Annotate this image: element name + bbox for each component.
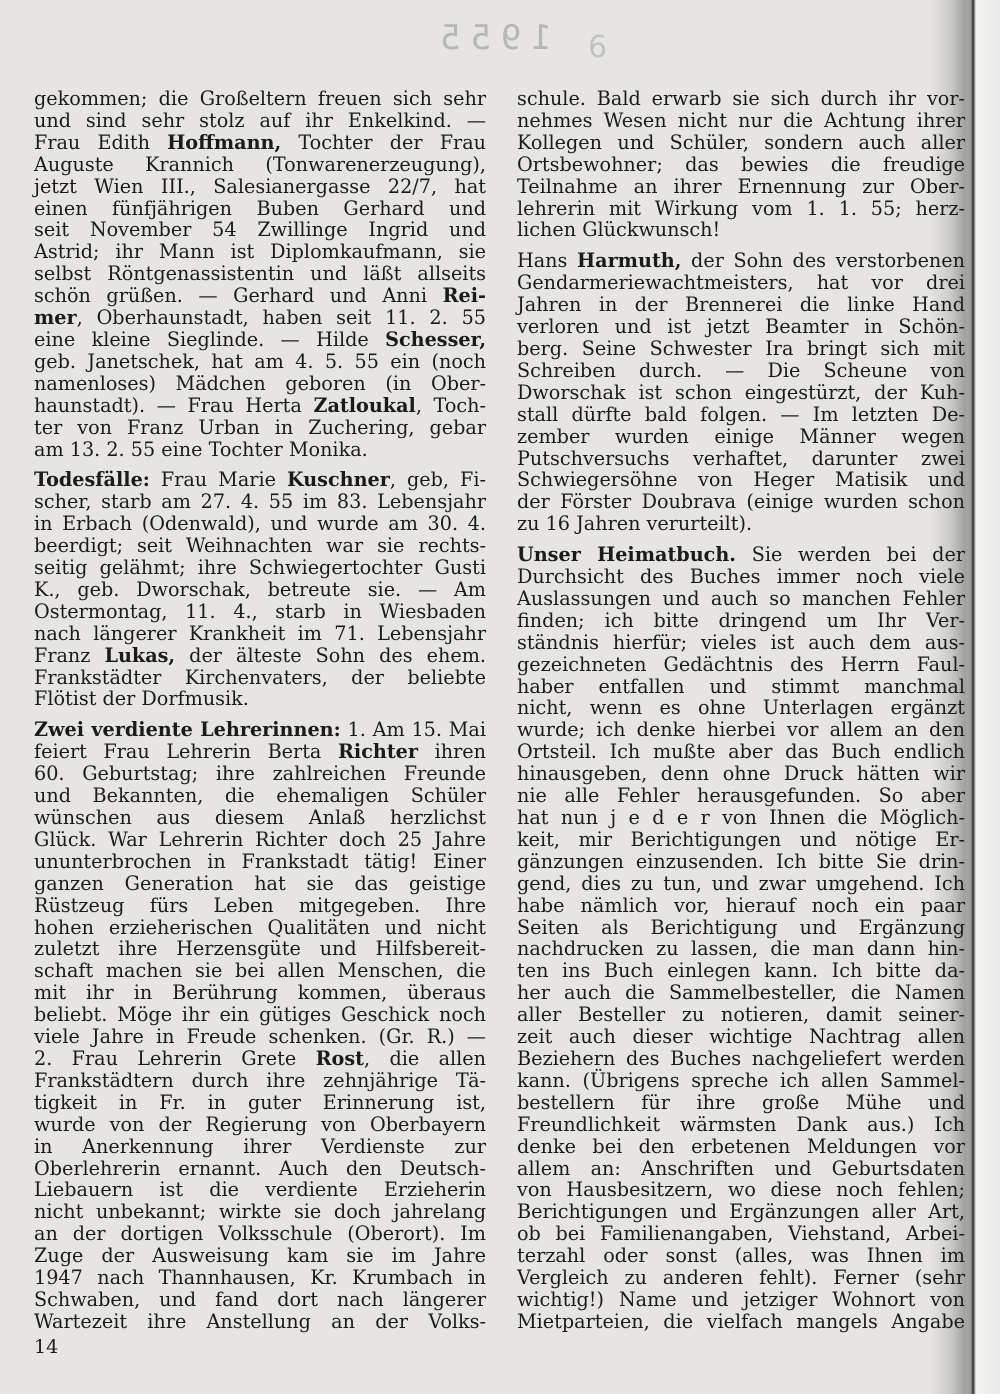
right-column: schule. Bald erwarb sie sich durch ihr v… bbox=[517, 88, 965, 1342]
text-line: habe nämlich vor, hierauf noch ein paar bbox=[517, 895, 965, 917]
text-line: stall dürfte bald folgen. — Im letzten D… bbox=[517, 404, 965, 426]
text-line: zuletzt ihre Herzensgüte und Hilfsbereit… bbox=[34, 938, 486, 960]
text-line: Berichtigungen und Ergänzungen aller Art… bbox=[517, 1201, 965, 1223]
bold-name: Richter bbox=[338, 740, 418, 763]
text-line: Seiten als Berichtigung und Ergänzung bbox=[517, 917, 965, 939]
left-column: gekommen; die Großeltern freuen sich seh… bbox=[34, 88, 486, 1342]
text-line: Dworschak ist schon eingestürzt, der Kuh… bbox=[517, 382, 965, 404]
text-line: K., geb. Dworschak, betreute sie. — Am bbox=[34, 579, 486, 601]
text-line: Unser Heimatbuch. Sie werden bei der bbox=[517, 544, 965, 566]
text-line: terzahl oder sonst (alles, was Ihnen im bbox=[517, 1245, 965, 1267]
text-line: namenloses) Mädchen geboren (in Ober- bbox=[34, 373, 486, 395]
text-line: Liebauern ist die verdiente Erzieherin bbox=[34, 1179, 486, 1201]
text-line: gänzungen einzusenden. Ich bitte Sie dri… bbox=[517, 851, 965, 873]
text-line: nach längerer Krankheit im 71. Lebensjah… bbox=[34, 623, 486, 645]
text-line: Putschversuchs verhaftet, darunter zwei bbox=[517, 448, 965, 470]
text-line: wurde von der Regierung von Oberbayern bbox=[34, 1114, 486, 1136]
text-line: gekommen; die Großeltern freuen sich seh… bbox=[34, 88, 486, 110]
text-line: Gendarmeriewachtmeisters, hat vor drei bbox=[517, 272, 965, 294]
text-line: 60. Geburtstag; ihre zahlreichen Freunde bbox=[34, 763, 486, 785]
text-line: Ortsbewohner; das bewies die freudige bbox=[517, 154, 965, 176]
bold-name: Harmuth, bbox=[577, 249, 681, 272]
text-line: Astrid; ihr Mann ist Diplomkaufmann, sie bbox=[34, 241, 486, 263]
text-line: nehmes Wesen nicht nur die Achtung ihrer bbox=[517, 110, 965, 132]
text-line: Beziehern des Buches nachgeliefert werde… bbox=[517, 1048, 965, 1070]
text-line: Auslassungen und auch so manchen Fehler bbox=[517, 588, 965, 610]
text-line: hohen erzieherischen Qualitäten und nich… bbox=[34, 917, 486, 939]
text-line: hinausgeben, denn ohne Druck hätten wir bbox=[517, 763, 965, 785]
document-page: 1955 6 gekommen; die Großeltern freuen s… bbox=[0, 0, 1000, 1394]
text-line: 1947 nach Thannhausen, Kr. Krumbach in bbox=[34, 1267, 486, 1289]
text-line: Frau Edith Hoffmann, Tochter der Frau bbox=[34, 132, 486, 154]
paragraph: gekommen; die Großeltern freuen sich seh… bbox=[34, 88, 486, 460]
text-line: Kollegen und Schüler, sondern auch aller bbox=[517, 132, 965, 154]
bold-name: Schesser, bbox=[385, 328, 486, 351]
text-line: lichen Glückwunsch! bbox=[517, 219, 965, 241]
bold-name: Unser Heimatbuch. bbox=[517, 543, 736, 566]
text-line: her auch die Sammelbesteller, die Namen bbox=[517, 982, 965, 1004]
text-line: seitig gelähmt; ihre Schwiegertochter Gu… bbox=[34, 557, 486, 579]
text-line: zu 16 Jahren verurteilt). bbox=[517, 513, 965, 535]
text-line: ter von Franz Urban in Zuchering, gebar bbox=[34, 417, 486, 439]
text-line: der Förster Doubrava (einige wurden scho… bbox=[517, 491, 965, 513]
text-line: bestellern für ihre große Mühe und bbox=[517, 1092, 965, 1114]
text-line: von Hausbesitzern, wo diese noch fehlen; bbox=[517, 1179, 965, 1201]
paragraph: schule. Bald erwarb sie sich durch ihr v… bbox=[517, 88, 965, 241]
text-line: wichtig!) Name und jetziger Wohnort von bbox=[517, 1289, 965, 1311]
text-line: Ortsteil. Ich mußte aber das Buch endlic… bbox=[517, 741, 965, 763]
text-line: finden; ich bitte dringend um Ihr Ver- bbox=[517, 610, 965, 632]
text-line: wünschen aus diesem Anlaß herzlichst bbox=[34, 807, 486, 829]
bold-name: Zatloukal bbox=[313, 394, 415, 417]
bold-name: Rost bbox=[316, 1047, 364, 1070]
text-line: ten ins Buch einlegen kann. Ich bitte da… bbox=[517, 960, 965, 982]
text-line: nie alle Fehler herausgefunden. So aber bbox=[517, 785, 965, 807]
text-line: Frankstädter Kirchenvaters, der beliebte bbox=[34, 667, 486, 689]
bold-name: Lukas, bbox=[104, 644, 175, 667]
text-line: Mietparteien, die vielfach mangels Angab… bbox=[517, 1311, 965, 1333]
text-line: nicht unbekannt; wirkte sie doch jahrela… bbox=[34, 1201, 486, 1223]
text-line: Wartezeit ihre Anstellung an der Volks- bbox=[34, 1311, 486, 1333]
text-line: zeit auch dieser wichtige Nachtrag allen bbox=[517, 1026, 965, 1048]
text-line: Teilnahme an ihrer Ernennung zur Ober- bbox=[517, 176, 965, 198]
text-line: Rüstzeug fürs Leben mitgegeben. Ihre bbox=[34, 895, 486, 917]
text-line: Flötist der Dorfmusik. bbox=[34, 688, 486, 710]
text-line: denke bei den erbetenen Meldungen vor bbox=[517, 1136, 965, 1158]
text-line: Schwaben, und fand dort nach längerer bbox=[34, 1289, 486, 1311]
section-paragraph: Todesfälle: Frau Marie Kuschner, geb, Fi… bbox=[34, 469, 486, 710]
text-line: eine kleine Sieglinde. — Hilde Schesser, bbox=[34, 329, 486, 351]
text-line: allem an: Anschriften und Geburtsdaten bbox=[517, 1158, 965, 1180]
paragraph: Hans Harmuth, der Sohn des verstorbenenG… bbox=[517, 250, 965, 535]
bold-name: Zwei verdiente Lehrerinnen: bbox=[34, 718, 341, 741]
text-line: Glück. War Lehrerin Richter doch 25 Jahr… bbox=[34, 829, 486, 851]
text-line: ununterbrochen in Frankstadt tätig! Eine… bbox=[34, 851, 486, 873]
text-line: seit November 54 Zwillinge Ingrid und bbox=[34, 219, 486, 241]
text-line: nicht, wenn es ohne Unterlagen ergänzt bbox=[517, 697, 965, 719]
text-line: und sind sehr stolz auf ihr Enkelkind. — bbox=[34, 110, 486, 132]
year-stamp: 1955 bbox=[430, 18, 552, 58]
text-line: 2. Frau Lehrerin Grete Rost, die allen bbox=[34, 1048, 486, 1070]
section-paragraph: Unser Heimatbuch. Sie werden bei derDurc… bbox=[517, 544, 965, 1333]
text-line: selbst Röntgenassistentin und läßt allse… bbox=[34, 263, 486, 285]
text-line: haber entfallen und stimmt manchmal bbox=[517, 676, 965, 698]
text-line: Ostermontag, 11. 4., starb in Wiesbaden bbox=[34, 601, 486, 623]
text-line: an der dortigen Volksschule (Oberort). I… bbox=[34, 1223, 486, 1245]
text-line: gezeichneten Gedächtnis des Herrn Faul- bbox=[517, 654, 965, 676]
text-line: jetzt Wien III., Salesianergasse 22/7, h… bbox=[34, 176, 486, 198]
page-binding-edge bbox=[965, 0, 1000, 1394]
bold-name: Rei- bbox=[443, 284, 486, 307]
text-line: Oberlehrerin ernannt. Auch den Deutsch- bbox=[34, 1158, 486, 1180]
text-line: viele Jahre in Freude schenken. (Gr. R.)… bbox=[34, 1026, 486, 1048]
text-line: Zuge der Ausweisung kam sie im Jahre bbox=[34, 1245, 486, 1267]
text-line: hat nun j e d e r von Ihnen die Möglich- bbox=[517, 807, 965, 829]
text-line: und Bekannten, die ehemaligen Schüler bbox=[34, 785, 486, 807]
number-stamp: 6 bbox=[588, 30, 607, 65]
text-line: berg. Seine Schwester Ira bringt sich mi… bbox=[517, 338, 965, 360]
text-line: Hans Harmuth, der Sohn des verstorbenen bbox=[517, 250, 965, 272]
text-line: Todesfälle: Frau Marie Kuschner, geb, Fi… bbox=[34, 469, 486, 491]
text-line: tigkeit in Fr. in guter Erinnerung ist, bbox=[34, 1092, 486, 1114]
text-line: in Anerkennung ihrer Verdienste zur bbox=[34, 1136, 486, 1158]
text-line: mer, Oberhaunstadt, haben seit 11. 2. 55 bbox=[34, 307, 486, 329]
page-number: 14 bbox=[34, 1336, 58, 1358]
text-line: kann. (Übrigens spreche ich allen Sammel… bbox=[517, 1070, 965, 1092]
text-line: Franz Lukas, der älteste Sohn des ehem. bbox=[34, 645, 486, 667]
text-line: Vergleich zu anderen fehlt). Ferner (seh… bbox=[517, 1267, 965, 1289]
text-line: Frankstädtern durch ihre zehnjährige Tä- bbox=[34, 1070, 486, 1092]
text-line: Schreiben durch. — Die Scheune von bbox=[517, 360, 965, 382]
text-line: scher, starb am 27. 4. 55 im 83. Lebensj… bbox=[34, 491, 486, 513]
text-line: Schwiegersöhne von Heger Matisik und bbox=[517, 469, 965, 491]
text-line: beliebt. Möge ihr ein gütiges Geschick n… bbox=[34, 1004, 486, 1026]
text-line: ständnis hierfür; vieles ist auch dem au… bbox=[517, 632, 965, 654]
text-line: keit, mir Berichtigungen und nötige Er- bbox=[517, 829, 965, 851]
text-line: in Erbach (Odenwald), und wurde am 30. 4… bbox=[34, 513, 486, 535]
text-line: feiert Frau Lehrerin Berta Richter ihren bbox=[34, 741, 486, 763]
text-line: ob bei Familienangaben, Viehstand, Arbei… bbox=[517, 1223, 965, 1245]
text-line: lehrerin mit Wirkung vom 1. 1. 55; herz- bbox=[517, 198, 965, 220]
text-line: wurde; ich denke hierbei vor allem an de… bbox=[517, 719, 965, 741]
bold-name: Hoffmann, bbox=[167, 131, 281, 154]
text-line: schaft machen sie bei allen Menschen, di… bbox=[34, 960, 486, 982]
section-paragraph: Zwei verdiente Lehrerinnen: 1. Am 15. Ma… bbox=[34, 719, 486, 1332]
text-line: geb. Janetschek, hat am 4. 5. 55 ein (no… bbox=[34, 351, 486, 373]
text-line: Jahren in der Brennerei die linke Hand bbox=[517, 294, 965, 316]
text-line: nachdrucken zu lassen, die man dann hin- bbox=[517, 938, 965, 960]
text-line: Auguste Krannich (Tonwarenerzeugung), bbox=[34, 154, 486, 176]
text-line: am 13. 2. 55 eine Tochter Monika. bbox=[34, 439, 486, 461]
text-line: haunstadt). — Frau Herta Zatloukal, Toch… bbox=[34, 395, 486, 417]
text-line: mit ihr in Berührung kommen, überaus bbox=[34, 982, 486, 1004]
text-line: verloren und ist jetzt Beamter in Schön- bbox=[517, 316, 965, 338]
text-line: schule. Bald erwarb sie sich durch ihr v… bbox=[517, 88, 965, 110]
text-line: aller Besteller zu notieren, damit seine… bbox=[517, 1004, 965, 1026]
text-line: beerdigt; seit Weihnachten war sie recht… bbox=[34, 535, 486, 557]
text-line: schön grüßen. — Gerhard und Anni Rei- bbox=[34, 285, 486, 307]
bold-name: Todesfälle: bbox=[34, 468, 150, 491]
bold-name: Kuschner bbox=[287, 468, 390, 491]
text-line: einen fünfjährigen Buben Gerhard und bbox=[34, 198, 486, 220]
text-line: zember wurden einige Männer wegen bbox=[517, 426, 965, 448]
text-line: Durchsicht des Buches immer noch viele bbox=[517, 566, 965, 588]
text-line: ganzen Generation hat sie das geistige bbox=[34, 873, 486, 895]
bold-name: mer bbox=[34, 306, 77, 329]
text-line: Freundlichkeit wärmsten Dank aus.) Ich bbox=[517, 1114, 965, 1136]
text-line: Zwei verdiente Lehrerinnen: 1. Am 15. Ma… bbox=[34, 719, 486, 741]
text-line: gend, dies zu tun, und zwar umgehend. Ic… bbox=[517, 873, 965, 895]
